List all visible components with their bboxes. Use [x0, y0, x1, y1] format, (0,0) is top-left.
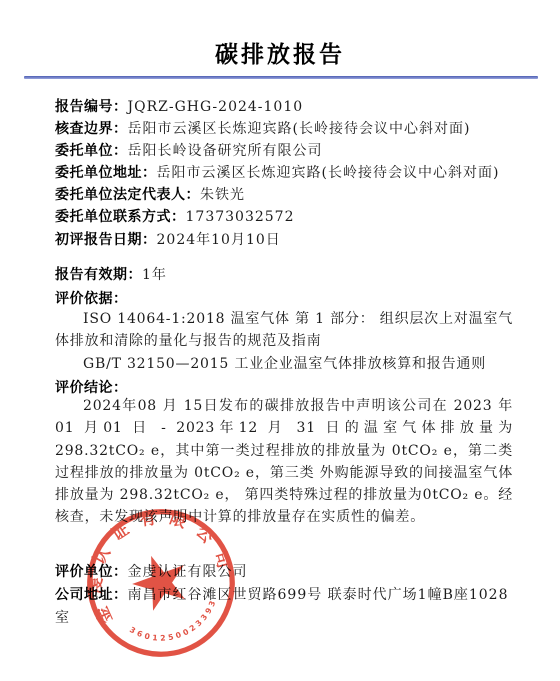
field-contact: 委托单位联系方式：17373032572 — [55, 206, 521, 228]
field-label: 评价单位： — [55, 564, 128, 580]
field-company-address: 公司地址：南昌市红谷滩区世贸路699号 联泰时代广场1幢B座1028室 — [55, 584, 521, 630]
report-title: 碳排放报告 — [0, 36, 560, 69]
field-label: 委托单位法定代表人： — [55, 187, 200, 203]
field-value: 2024年10月10日 — [157, 232, 281, 248]
field-label: 报告有效期： — [55, 267, 142, 283]
field-value: 岳阳长岭设备研究所有限公司 — [128, 143, 323, 159]
field-client-unit: 委托单位：岳阳长岭设备研究所有限公司 — [55, 140, 521, 162]
evaluation-conclusion-text: 2024年08 月 15日发布的碳排放报告中声明该公司在 2023 年 01 月… — [55, 395, 513, 529]
field-report-number: 报告编号：JQRZ-GHG-2024-1010 — [55, 96, 521, 118]
evaluation-basis-label: 评价依据： — [55, 288, 128, 308]
basis-item-gbt: GB/T 32150—2015 工业企业温室气体排放核算和报告通则 — [55, 353, 513, 375]
field-label: 核查边界： — [55, 121, 128, 137]
field-label: 委托单位： — [55, 143, 128, 159]
field-verification-boundary: 核查边界：岳阳市云溪区长炼迎宾路(长岭接待会议中心斜对面) — [55, 118, 521, 140]
field-value: 17373032572 — [186, 209, 295, 225]
field-value: 金虔认证有限公司 — [128, 564, 248, 580]
field-label: 委托单位联系方式： — [55, 209, 186, 225]
field-value: 岳阳市云溪区长炼迎宾路(长岭接待会议中心斜对面) — [128, 121, 471, 137]
evaluation-conclusion-label: 评价结论： — [55, 377, 128, 397]
field-label: 公司地址： — [55, 587, 128, 603]
title-divider — [24, 76, 538, 79]
field-value: 岳阳市云溪区长炼迎宾路(长岭接待会议中心斜对面) — [157, 165, 500, 181]
field-evaluation-unit: 评价单位：金虔认证有限公司 — [55, 561, 521, 584]
field-legal-representative: 委托单位法定代表人：朱铁光 — [55, 184, 521, 206]
field-label: 报告编号： — [55, 99, 128, 115]
field-report-validity: 报告有效期：1年 — [55, 265, 521, 285]
report-footer: 评价单位：金虔认证有限公司 公司地址：南昌市红谷滩区世贸路699号 联泰时代广场… — [55, 561, 521, 630]
basis-item-iso: ISO 14064-1:2018 温室气体 第 1 部分： 组织层次上对温室气体… — [55, 308, 513, 353]
field-value: 朱铁光 — [200, 187, 245, 203]
report-page: 碳排放报告 报告编号：JQRZ-GHG-2024-1010 核查边界：岳阳市云溪… — [0, 0, 560, 681]
field-value: JQRZ-GHG-2024-1010 — [128, 99, 304, 115]
field-label: 委托单位地址： — [55, 165, 157, 181]
report-info-block: 报告编号：JQRZ-GHG-2024-1010 核查边界：岳阳市云溪区长炼迎宾路… — [55, 96, 521, 251]
field-value: 1年 — [142, 267, 167, 283]
evaluation-basis-list: ISO 14064-1:2018 温室气体 第 1 部分： 组织层次上对温室气体… — [55, 308, 513, 375]
field-client-address: 委托单位地址：岳阳市云溪区长炼迎宾路(长岭接待会议中心斜对面) — [55, 162, 521, 184]
field-initial-report-date: 初评报告日期：2024年10月10日 — [55, 229, 521, 251]
field-label: 初评报告日期： — [55, 232, 157, 248]
